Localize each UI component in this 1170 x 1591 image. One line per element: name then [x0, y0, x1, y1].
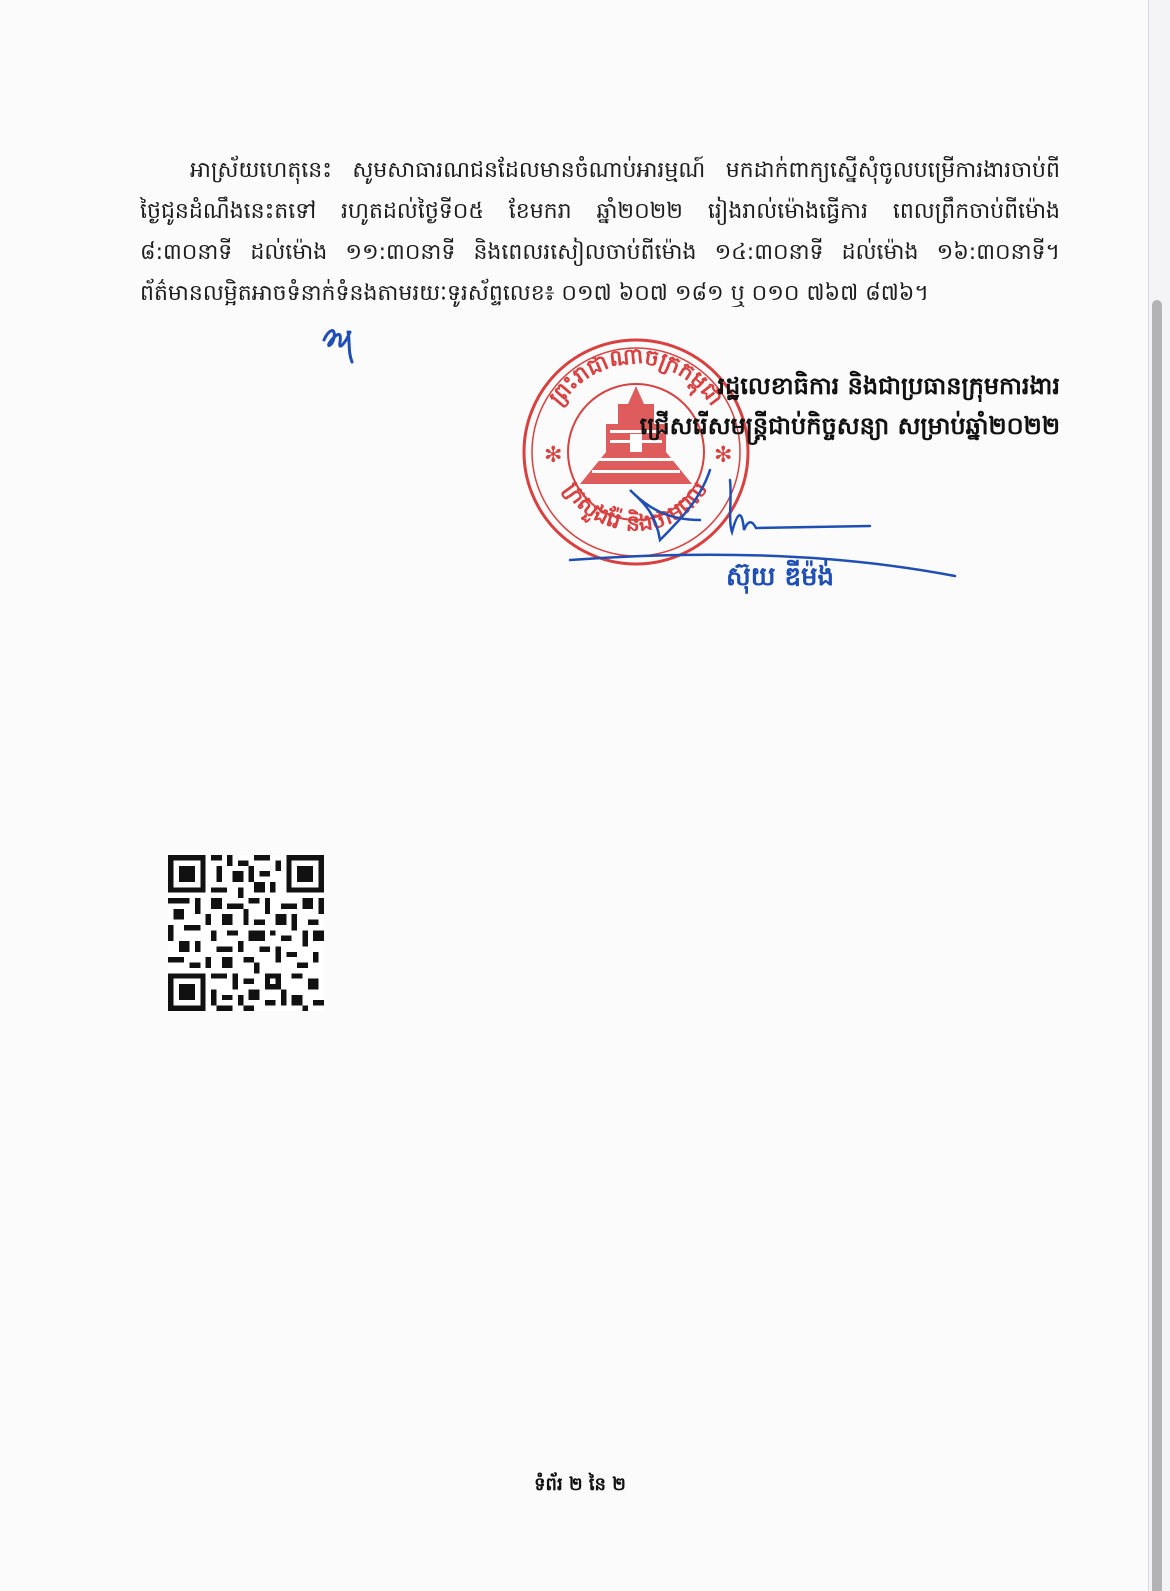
body-paragraph: អាស្រ័យហេតុនេះ សូមសាធារណជនដែលមានចំណាប់អា…: [140, 150, 1060, 314]
signatory-title: រដ្ឋលេខាធិការ និងជាប្រធានក្រុមការងារ ជ្រ…: [520, 366, 1060, 446]
qr-code-icon[interactable]: [168, 855, 324, 1011]
signer-name: ស៊ុយ ឌីម៉ង់: [700, 560, 860, 598]
document-page: អាស្រ័យហេតុនេះ សូមសាធារណជនដែលមានចំណាប់អា…: [0, 0, 1149, 1591]
handwritten-initial-icon: [318, 312, 360, 364]
vertical-scrollbar-thumb[interactable]: [1152, 300, 1162, 1591]
page-number-label: ទំព័រ ២ នៃ ២: [490, 1472, 670, 1499]
signatory-title-line-1: រដ្ឋលេខាធិការ និងជាប្រធានក្រុមការងារ: [520, 366, 1060, 406]
